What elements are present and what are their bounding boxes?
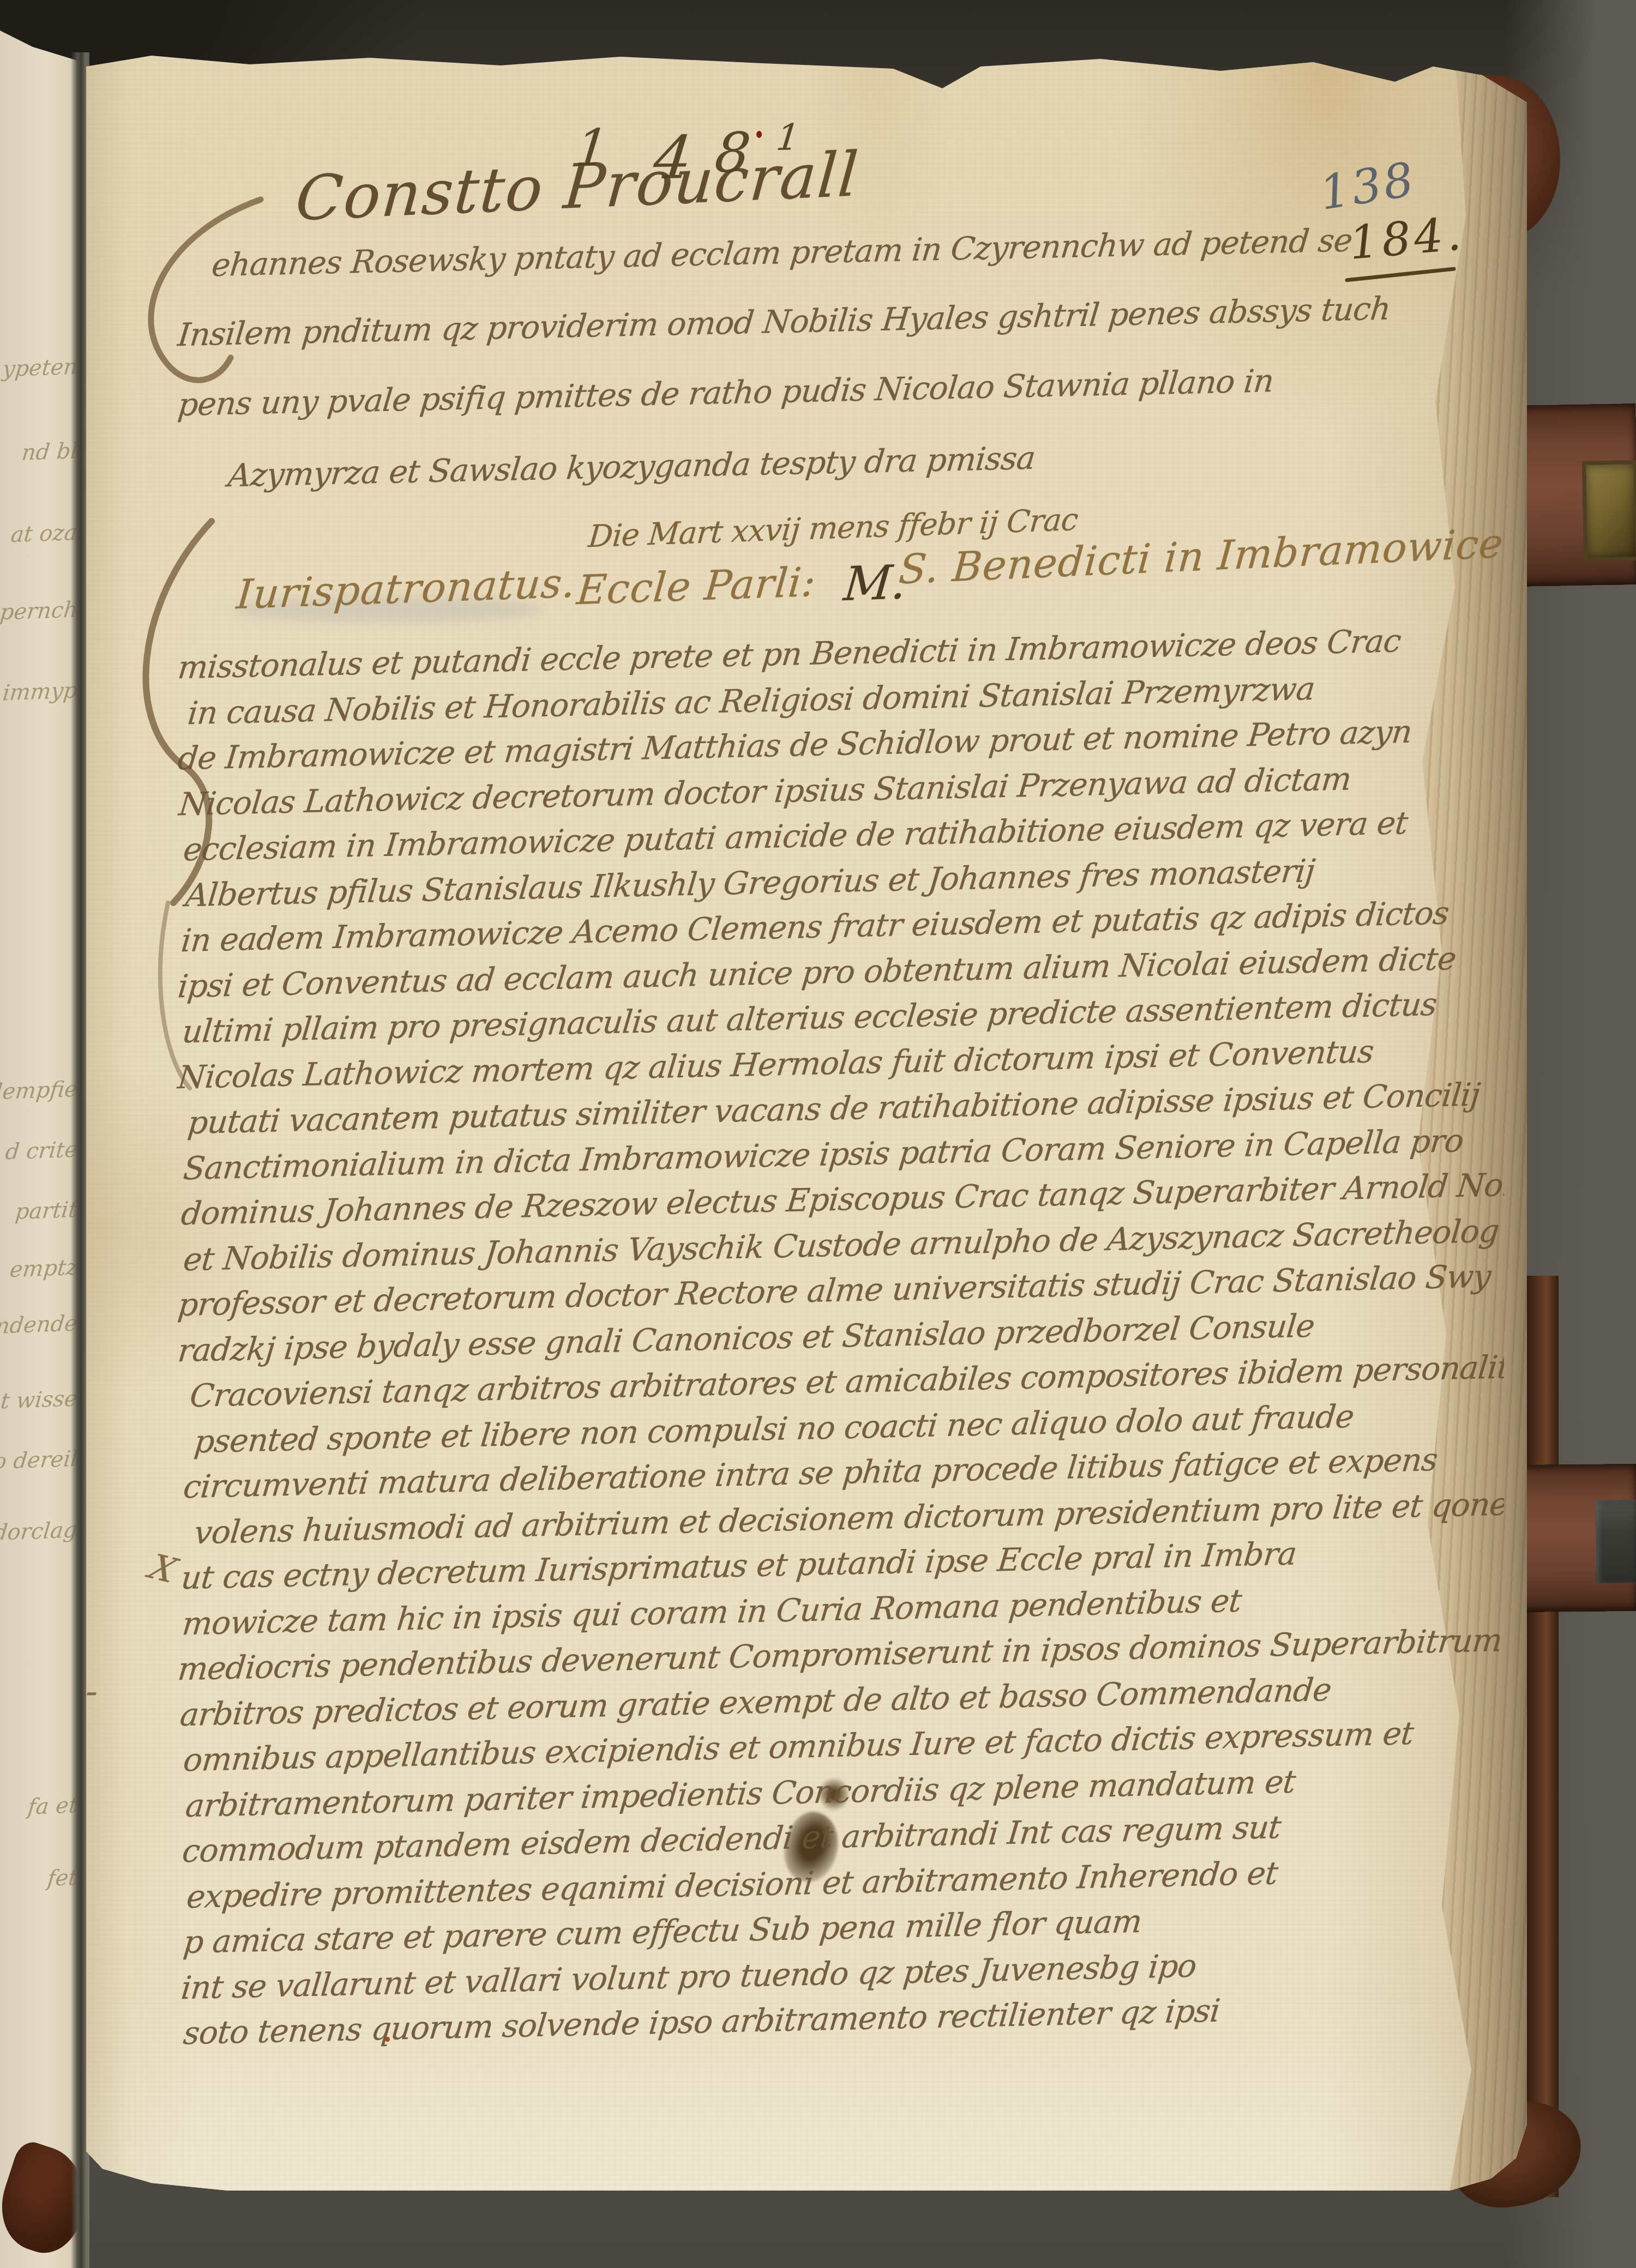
facing-page-fragment: pernch: [0, 597, 79, 625]
facing-page-fragment: partit: [14, 1197, 79, 1225]
manuscript-line: Insilem pnditum qz providerim omod Nobil…: [176, 289, 1392, 353]
facing-page-fragment: E mdende: [0, 1311, 79, 1340]
clasp-strap-lower: [1514, 1464, 1636, 1612]
text-layer: Constto Proucrallehannes Rosewsky pntaty…: [86, 52, 1504, 2191]
margin-mark: X: [143, 1547, 182, 1591]
folio-number-ink: 184.: [1347, 207, 1466, 270]
facing-page-fragment: filempfie: [0, 1077, 79, 1105]
strap-buckle-brass: [1582, 460, 1636, 562]
facing-page-fragment: a et wisse: [0, 1386, 79, 1415]
clasp-strap-upper: [1513, 403, 1636, 587]
manuscript-line: pens uny pvale psifiq pmittes de ratho p…: [176, 362, 1275, 423]
facing-page-fragment: chen dorclag: [0, 1517, 79, 1547]
manuscript-photo: ypetennd blat ozapernchimmypfilempfied c…: [0, 0, 1636, 2268]
facing-page-fragment: emptz: [8, 1255, 79, 1283]
facing-page-fragment: nd bl: [20, 438, 79, 466]
top-numeral: 4: [651, 124, 695, 192]
top-numeral: 1: [573, 118, 611, 177]
facing-page-fragment: no dereil: [0, 1446, 79, 1475]
rubric-segment: Eccle Parli:: [575, 559, 817, 614]
facing-page-fragment: ypeten: [1, 354, 79, 382]
manuscript-page: Constto Proucrallehannes Rosewsky pntaty…: [86, 52, 1527, 2191]
strap-plate-dark: [1595, 1500, 1636, 1583]
manuscript-line: Azymyrza et Sawslao kyozyganda tespty dr…: [226, 439, 1037, 494]
top-numeral: 1: [774, 116, 802, 159]
leather-cover-edge: [1525, 1276, 1559, 2197]
rubric-segment: Iurispatronatus.: [234, 559, 578, 618]
facing-page-fragment: d crite: [4, 1137, 79, 1165]
facing-page-fragment: at oza: [10, 520, 79, 547]
facing-page-fragment: immyp: [2, 678, 79, 706]
margin-mark: -: [86, 1672, 100, 1712]
top-numeral: 8: [712, 120, 754, 185]
